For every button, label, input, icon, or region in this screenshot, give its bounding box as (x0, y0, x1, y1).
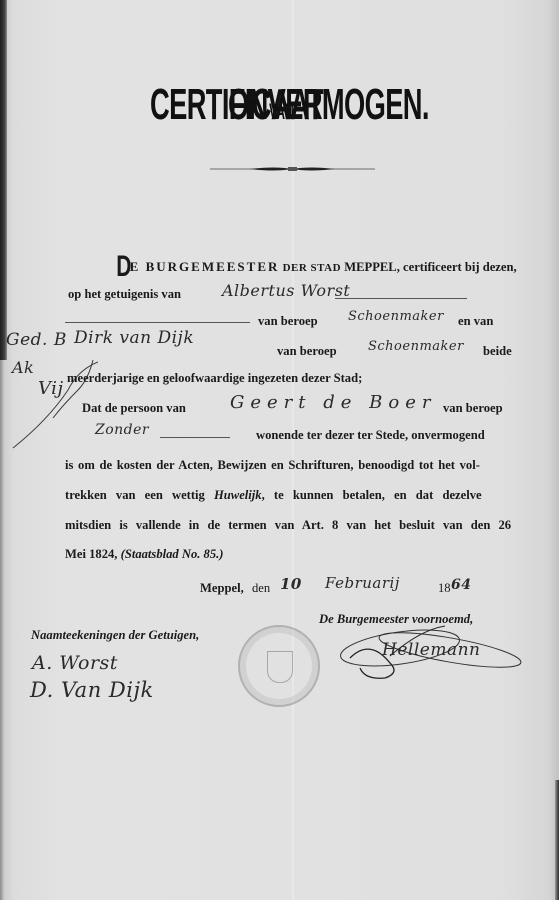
marriage-line: trekken van een wettig Huwelijk, te kunn… (65, 488, 482, 503)
date-year-handwritten: 64 (451, 577, 471, 593)
residence-line: wonende ter dezer ter Stede, onvermogend (256, 428, 485, 443)
ornament-divider (210, 166, 375, 172)
fill-rule (65, 322, 250, 323)
title-onvermogen: ONVERMOGEN. (228, 80, 429, 130)
date-day: 10 (280, 575, 302, 593)
meerderjarige-line: meerderjarige en geloofwaardige ingezete… (67, 371, 362, 386)
witnesses-label: Naamteekeningen der Getuigen, (31, 628, 199, 643)
scan-edge-left-lower (0, 360, 4, 900)
margin-note-ged: Ged. B (6, 330, 67, 350)
witness1-occupation: Schoenmaker (348, 309, 444, 324)
van-beroep-label-3: van beroep (443, 401, 503, 416)
witness1-name: Albertus Worst (222, 281, 350, 300)
marriage-line-a: trekken van een wettig (65, 488, 205, 502)
dropcap-d: D (116, 250, 131, 284)
witness2-signature: D. Van Dijk (30, 678, 154, 702)
terms-line: mitsdien is vallende in de termen van Ar… (65, 518, 511, 533)
fill-rule (160, 437, 230, 438)
beide-label: beide (483, 344, 512, 359)
document-title: CERTIFICAAT VAN ONVERMOGEN. (93, 80, 503, 135)
mayor-signature: Hellemann (382, 640, 480, 660)
staatsblad-line: Mei 1824, (Staatsblad No. 85.) (65, 547, 223, 562)
der-stad: DER STAD (283, 262, 342, 274)
date-1824: Mei 1824, (65, 547, 117, 561)
date-place: Meppel, (200, 581, 244, 596)
witness-line-prefix: op het getuigenis van (68, 287, 181, 302)
witness2-name: Dirk van Dijk (74, 328, 194, 348)
person-line-prefix: Dat de persoon van (82, 401, 186, 416)
witness2-occupation: Schoenmaker (368, 339, 464, 354)
fill-rule (335, 298, 467, 299)
municipal-seal-stamp (238, 625, 320, 707)
staatsblad-ref: (Staatsblad No. 85.) (121, 547, 224, 561)
marriage-line-b: , te kunnen betalen, en dat dezelve (262, 488, 482, 502)
burgemeester-caps: E BURGEMEESTER (130, 259, 280, 274)
person-occupation: Zonder (95, 422, 149, 438)
costs-line: is om de kosten der Acten, Bewijzen en S… (65, 458, 480, 473)
scan-edge-left (0, 0, 7, 360)
coat-of-arms-icon (267, 651, 293, 683)
intro-text: , certificeert bij dezen, (397, 260, 517, 274)
paper-fold (292, 0, 294, 900)
certificate-page: CERTIFICAAT VAN ONVERMOGEN. DE BURGEMEES… (0, 0, 559, 900)
city-name: MEPPEL (344, 260, 396, 274)
scan-edge-right (555, 780, 559, 900)
intro-line: DE BURGEMEESTER DER STAD MEPPEL, certifi… (113, 250, 517, 284)
person-name: Geert de Boer (230, 392, 436, 413)
van-beroep-label: van beroep (258, 314, 318, 329)
witness1-signature: A. Worst (32, 652, 118, 674)
date-den: den (252, 581, 270, 596)
date-year-printed: 18 (438, 581, 451, 596)
van-beroep-label-2: van beroep (277, 344, 337, 359)
en-van-label: en van (458, 314, 493, 329)
date-month: Februarij (325, 574, 400, 592)
huwelijk-word: Huwelijk (214, 488, 262, 502)
